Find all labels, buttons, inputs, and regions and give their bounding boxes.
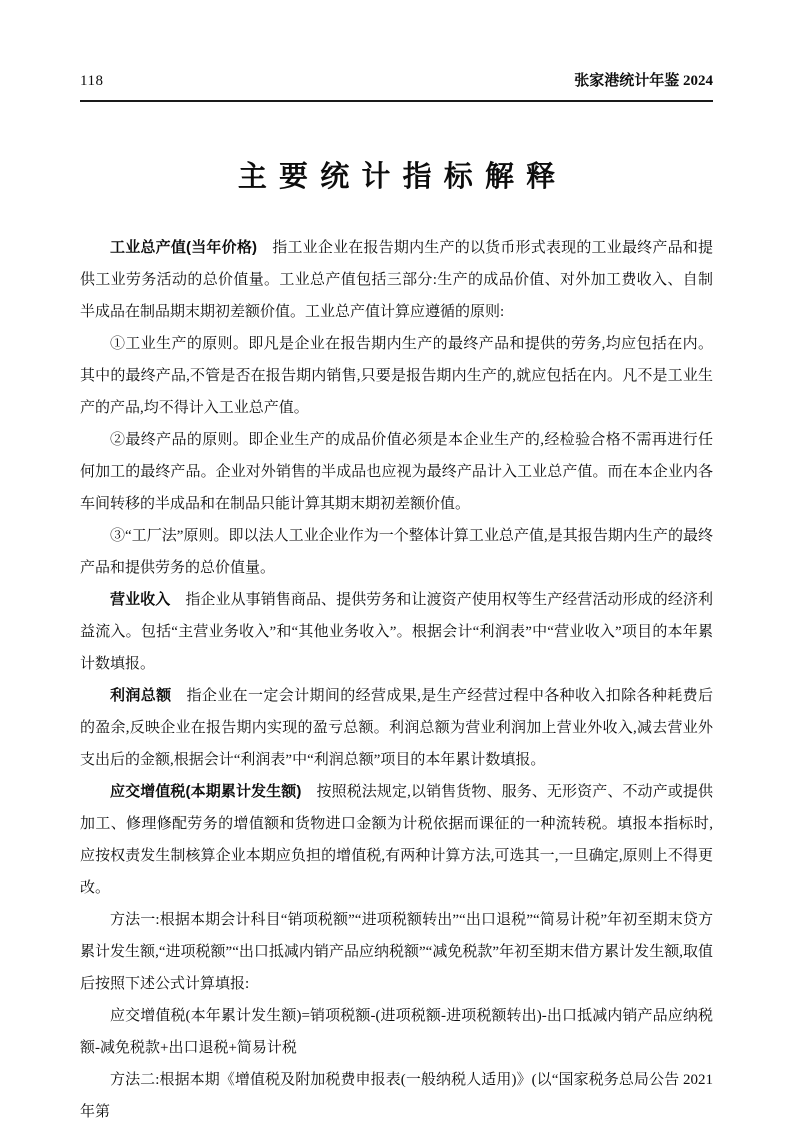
paragraph-industrial-output: 工业总产值(当年价格)指工业企业在报告期内生产的以货币形式表现的工业最终产品和提… (80, 232, 713, 328)
page-title: 主要统计指标解释 (80, 162, 713, 192)
paragraph-text: ①工业生产的原则。即凡是企业在报告期内生产的最终产品和提供的劳务,均应包括在内。… (80, 336, 713, 416)
paragraph-vat-formula: 应交增值税(本年累计发生额)=销项税额-(进项税额-进项税额转出)-出口抵减内销… (80, 1000, 713, 1064)
page-number: 118 (80, 72, 103, 90)
paragraph-text: ③“工厂法”原则。即以法人工业企业作为一个整体计算工业总产值,是其报告期内生产的… (80, 528, 713, 576)
paragraph-principle-2: ②最终产品的原则。即企业生产的成品价值必须是本企业生产的,经检验合格不需再进行任… (80, 424, 713, 520)
book-title: 张家港统计年鉴 2024 (574, 72, 713, 90)
indicator-term: 营业收入 (110, 591, 170, 608)
yearbook-page: 118 张家港统计年鉴 2024 主要统计指标解释 工业总产值(当年价格)指工业… (0, 0, 793, 1139)
paragraph-method-2: 方法二:根据本期《增值税及附加税费申报表(一般纳税人适用)》(以“国家税务总局公… (80, 1064, 713, 1128)
paragraph-text: 按照税法规定,以销售货物、服务、无形资产、不动产或提供加工、修理修配劳务的增值额… (80, 784, 713, 896)
indicator-term: 工业总产值(当年价格) (110, 239, 257, 256)
indicator-term: 应交增值税(本期累计发生额) (110, 783, 301, 800)
paragraph-text: 方法一:根据本期会计科目“销项税额”“进项税额转出”“出口退税”“简易计税”年初… (80, 912, 713, 992)
paragraph-text: 指企业在一定会计期间的经营成果,是生产经营过程中各种收入扣除各种耗费后的盈余,反… (80, 688, 713, 768)
paragraph-text: ②最终产品的原则。即企业生产的成品价值必须是本企业生产的,经检验合格不需再进行任… (80, 432, 713, 512)
paragraph-text: 指企业从事销售商品、提供劳务和让渡资产使用权等生产经营活动形成的经济利益流入。包… (80, 592, 713, 672)
document-body: 工业总产值(当年价格)指工业企业在报告期内生产的以货币形式表现的工业最终产品和提… (80, 232, 713, 1128)
paragraph-text: 应交增值税(本年累计发生额)=销项税额-(进项税额-进项税额转出)-出口抵减内销… (80, 1008, 713, 1056)
paragraph-principle-1: ①工业生产的原则。即凡是企业在报告期内生产的最终产品和提供的劳务,均应包括在内。… (80, 328, 713, 424)
page-header: 118 张家港统计年鉴 2024 (80, 0, 713, 102)
indicator-term: 利润总额 (110, 687, 172, 704)
paragraph-principle-3: ③“工厂法”原则。即以法人工业企业作为一个整体计算工业总产值,是其报告期内生产的… (80, 520, 713, 584)
paragraph-total-profit: 利润总额指企业在一定会计期间的经营成果,是生产经营过程中各种收入扣除各种耗费后的… (80, 680, 713, 776)
paragraph-method-1: 方法一:根据本期会计科目“销项税额”“进项税额转出”“出口退税”“简易计税”年初… (80, 904, 713, 1000)
paragraph-text: 方法二:根据本期《增值税及附加税费申报表(一般纳税人适用)》(以“国家税务总局公… (80, 1072, 713, 1120)
paragraph-vat-payable: 应交增值税(本期累计发生额)按照税法规定,以销售货物、服务、无形资产、不动产或提… (80, 776, 713, 904)
paragraph-operating-revenue: 营业收入指企业从事销售商品、提供劳务和让渡资产使用权等生产经营活动形成的经济利益… (80, 584, 713, 680)
